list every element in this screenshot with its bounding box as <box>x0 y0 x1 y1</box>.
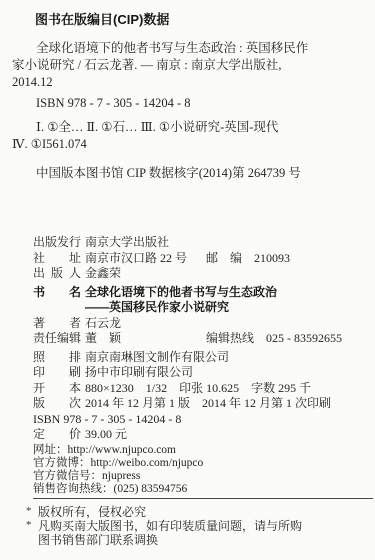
row-value: ——英国移民作家小说研究 <box>85 300 229 314</box>
colophon-block: 出版发行南京大学出版社 社址南京市汉口路 22 号 邮 编 210093 出版人… <box>33 235 363 443</box>
weibo-line: 官方微博：http://weibo.com/njupco <box>33 457 363 470</box>
copyright-notice: *版权所有，侵权必究 <box>12 505 363 519</box>
row-value: 全球化语境下的他者书写与生态政治 <box>85 285 277 299</box>
divider-rule <box>33 498 373 499</box>
cip-classification-line: Ⅳ. ①I561.074 <box>12 136 363 153</box>
cip-record-number: 中国版本图书馆 CIP 数据核字(2014)第 264739 号 <box>12 165 363 182</box>
row-label: 著者 <box>33 316 81 332</box>
editor-row: 责任编辑董 颖 编辑热线 025 - 83592655 <box>33 331 363 347</box>
cip-paragraph-line: 全球化语境下的他者书写与生态政治 : 英国移民作 <box>12 40 363 57</box>
exchange-notice: *凡购买南大版图书，如有印装质量问题，请与所购 图书销售部门联系调换 <box>12 519 363 547</box>
row-value: 南京大学出版社 <box>85 235 169 249</box>
cip-header: 图书在版编目(CIP)数据 <box>35 13 363 27</box>
row-value: 南京南琳图文制作有限公司 <box>85 350 229 364</box>
author-row: 著者石云龙 <box>33 316 363 332</box>
book-subtitle-row: ——英国移民作家小说研究 <box>33 300 363 316</box>
row-label: 责任编辑 <box>33 331 81 347</box>
book-title-row: 书名全球化语境下的他者书写与生态政治 <box>33 285 363 301</box>
asterisk-marker: * <box>26 504 32 518</box>
cip-classification-line: Ⅰ. ①全… Ⅱ. ①石… Ⅲ. ①小说研究-英国-现代 <box>12 119 363 136</box>
row-label: 照排 <box>33 350 81 366</box>
notice-text: 版权所有，侵权必究 <box>38 505 146 519</box>
printing-row: 印刷扬中市印刷有限公司 <box>33 365 363 381</box>
row-label: 印刷 <box>33 365 81 381</box>
row-value: 南京市汉口路 22 号 <box>85 251 187 265</box>
row-label: 版次 <box>33 396 81 412</box>
row-label: 开本 <box>33 381 81 397</box>
notice-text: 凡购买南大版图书，如有印装质量问题，请与所购 <box>38 519 302 533</box>
format-row: 开本880×1230 1/32 印张 10.625 字数 295 千 <box>33 381 363 397</box>
cip-paragraph-line: 家小说研究 / 石云龙著. — 南京 : 南京大学出版社, <box>12 57 363 74</box>
row-value: 39.00 元 <box>85 427 127 441</box>
row-value: 2014 年 12 月第 1 版 2014 年 12 月第 1 次印刷 <box>85 396 331 410</box>
typesetting-row: 照排南京南琳图文制作有限公司 <box>33 350 363 366</box>
cip-isbn-line: ISBN 978 - 7 - 305 - 14204 - 8 <box>12 95 363 112</box>
row-value: 880×1230 1/32 印张 10.625 字数 295 千 <box>85 381 311 395</box>
editor-hotline-extra: 编辑热线 025 - 83592655 <box>206 331 342 347</box>
row-value: 扬中市印刷有限公司 <box>85 365 193 379</box>
wechat-line: 官方微信号：njupress <box>33 470 363 483</box>
row-label: 社址 <box>33 251 81 267</box>
isbn-row: ISBN 978 - 7 - 305 - 14204 - 8 <box>33 412 363 428</box>
row-label: 书名 <box>33 285 81 301</box>
postcode-extra: 邮 编 210093 <box>206 251 290 267</box>
row-label: 定价 <box>33 427 81 443</box>
sales-hotline-line: 销售咨询热线：(025) 83594756 <box>33 483 363 496</box>
price-row: 定价39.00 元 <box>33 427 363 443</box>
edition-row: 版次2014 年 12 月第 1 版 2014 年 12 月第 1 次印刷 <box>33 396 363 412</box>
address-row: 社址南京市汉口路 22 号 邮 编 210093 <box>33 251 363 267</box>
row-value: 董 颖 <box>85 331 121 345</box>
asterisk-marker: * <box>26 518 32 532</box>
contact-block: 网址：http://www.njupco.com 官方微博：http://wei… <box>33 444 363 496</box>
cip-paragraph-line: 2014.12 <box>12 74 363 91</box>
copyright-page: 图书在版编目(CIP)数据 全球化语境下的他者书写与生态政治 : 英国移民作 家… <box>0 0 375 560</box>
notice-text-continuation: 图书销售部门联系调换 <box>38 533 363 547</box>
row-value: 石云龙 <box>85 316 121 330</box>
publisher-person-row: 出版人金鑫荣 <box>33 266 363 282</box>
row-label: 出版发行 <box>33 235 81 251</box>
website-line: 网址：http://www.njupco.com <box>33 444 363 457</box>
row-value: 金鑫荣 <box>85 266 121 280</box>
row-label: 出版人 <box>33 266 81 282</box>
publisher-row: 出版发行南京大学出版社 <box>33 235 363 251</box>
notices-block: *版权所有，侵权必究 *凡购买南大版图书，如有印装质量问题，请与所购 图书销售部… <box>12 505 363 547</box>
